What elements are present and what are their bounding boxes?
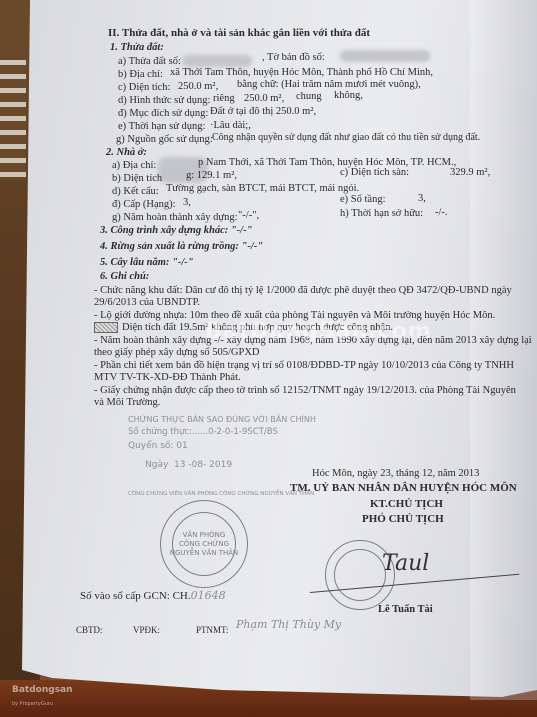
forest: 4. Rừng sản xuất là rừng trồng: "-/-": [100, 240, 263, 254]
batdongsan-watermark: Batdongsan by PropertyGuru: [12, 684, 73, 711]
usage-private: riêng: [213, 92, 235, 106]
notary-seal-inner-ring: [172, 512, 236, 576]
cert-stamp-date: Ngày 13 -08- 2019: [145, 459, 232, 473]
vpdk-label: VPĐK:: [133, 624, 160, 638]
cert-stamp-number: Số chứng thực:......0-2-0-1-9SCT/BS: [128, 426, 278, 440]
completion-label: g) Năm hoàn thành xây dựng:: [112, 211, 238, 225]
authority: TM. UỶ BAN NHÂN DÂN HUYỆN HÓC MÔN: [290, 482, 517, 496]
notes-heading: 6. Ghi chú:: [100, 270, 149, 284]
completion-value: "-/-",: [238, 209, 259, 223]
cert-stamp-title: CHỨNG THỰC BẢN SAO ĐÚNG VỚI BẢN CHÍNH: [128, 413, 316, 427]
purpose-value: Đất ở tại đô thị 250.0 m²,: [210, 105, 316, 119]
other-works: 3. Công trình xây dựng khác: "-/-": [100, 224, 252, 238]
floors-value: 3,: [418, 192, 426, 206]
usage-shared: chung: [296, 90, 322, 104]
ptnmt-label: PTNMT:: [196, 624, 229, 638]
floors-label: e) Số tầng:: [340, 193, 386, 207]
land-certificate-page: II. Thửa đất, nhà ở và tài sản khác gắn …: [0, 0, 537, 717]
structure-value: Tường gạch, sàn BTCT, mái BTCT, mái ngói…: [166, 182, 359, 196]
cert-number-suffix: SCT/BS: [247, 427, 277, 437]
official-seal-inner-ring: [334, 549, 386, 601]
usage-private-value: 250.0 m²,: [244, 92, 284, 106]
hatched-legend-icon: [94, 322, 118, 333]
house-address-value: p Nam Thới, xã Thới Tam Thôn, huyện Hóc …: [198, 156, 456, 170]
note-line: 29/6/2013 của UBNDTP.: [94, 296, 200, 310]
chairman-signature: Taul: [382, 557, 429, 571]
cert-date-value: 13 -08- 2019: [174, 460, 232, 470]
built-area-value: g: 129.1 m²,: [186, 169, 237, 183]
signatory-title-1: KT.CHỦ TỊCH: [370, 498, 443, 512]
signer-name: Lê Tuấn Tài: [378, 603, 433, 617]
grade-label: đ) Cấp (Hạng):: [112, 198, 176, 212]
origin-value: Công nhận quyền sử dụng đất như giao đất…: [212, 131, 480, 145]
cert-number-label: Số chứng thực:: [128, 427, 192, 437]
origin-label: g) Nguồn gốc sử dụng:: [116, 133, 213, 147]
usage-form-label: d) Hình thức sử dụng:: [118, 94, 210, 108]
signatory-title-2: PHÓ CHỦ TỊCH: [362, 513, 444, 527]
gcn-label: Số vào sổ cấp GCN: CH.: [80, 590, 191, 602]
note-line: và Môi Trường.: [94, 396, 160, 410]
perennial: 5. Cây lâu năm: "-/-": [100, 256, 194, 270]
grade-value: 3,: [183, 196, 191, 210]
floor-area-label: c) Diện tích sàn:: [340, 166, 409, 180]
cert-date-label: Ngày: [145, 460, 168, 470]
note-line: theo giấy phép xây dựng số 505/GPXD: [94, 346, 260, 360]
watermark-sub: by PropertyGuru: [12, 698, 73, 712]
cert-stamp-book: Quyển số: 01: [128, 440, 188, 454]
area-words: bằng chữ: (Hai trăm năm mươi mét vuông),: [237, 78, 421, 92]
gcn-number: Số vào sổ cấp GCN: CH.01648: [80, 589, 226, 604]
land-heading: 1. Thửa đất:: [110, 41, 164, 55]
redacted-map-sheet: [340, 50, 430, 62]
ownership-term-value: -/-.: [435, 206, 448, 220]
usage-shared-value: không,: [334, 89, 363, 103]
note-line: MTV TV-TK-XD-ĐĐ Thành Phát.: [94, 371, 241, 385]
place-date: Hóc Môn, ngày 23, tháng 12, năm 2013: [312, 467, 479, 481]
term-label: e) Thời hạn sử dụng:: [118, 120, 205, 134]
house-address-label: a) Địa chỉ:: [112, 159, 156, 173]
built-area-label: b) Diện tích: [112, 172, 162, 186]
structure-label: d) Kết cấu:: [112, 185, 159, 199]
ownership-term-label: h) Thời hạn sở hữu:: [340, 207, 423, 221]
watermark-overlay: BatDongSan.com: [205, 325, 432, 339]
section-title: II. Thửa đất, nhà ở và tài sản khác gắn …: [108, 27, 370, 41]
address-label: b) Địa chỉ:: [118, 68, 163, 82]
cert-number-value: ......0-2-0-1-9: [192, 427, 248, 437]
watermark-brand: Batdongsan: [12, 685, 73, 695]
cbtd-label: CBTD:: [76, 624, 103, 638]
map-sheet-label: , Tờ bản đồ số:: [262, 51, 325, 65]
floor-area-value: 329.9 m²,: [450, 166, 490, 180]
gcn-value: 01648: [191, 589, 226, 602]
house-heading: 2. Nhà ở:: [106, 146, 147, 160]
notary-line: CÔNG CHỨNG VIÊN VĂN PHÒNG CÔNG CHỨNG NGU…: [128, 488, 314, 502]
notary-seal: VĂN PHÒNG CÔNG CHỨNG NGUYỄN VĂN THÂN: [160, 500, 248, 588]
ptnmt-signature: Phạm Thị Thùy My: [236, 618, 341, 632]
purpose-label: đ) Mục đích sử dụng:: [118, 107, 208, 121]
area-label: c) Diện tích:: [118, 81, 170, 95]
